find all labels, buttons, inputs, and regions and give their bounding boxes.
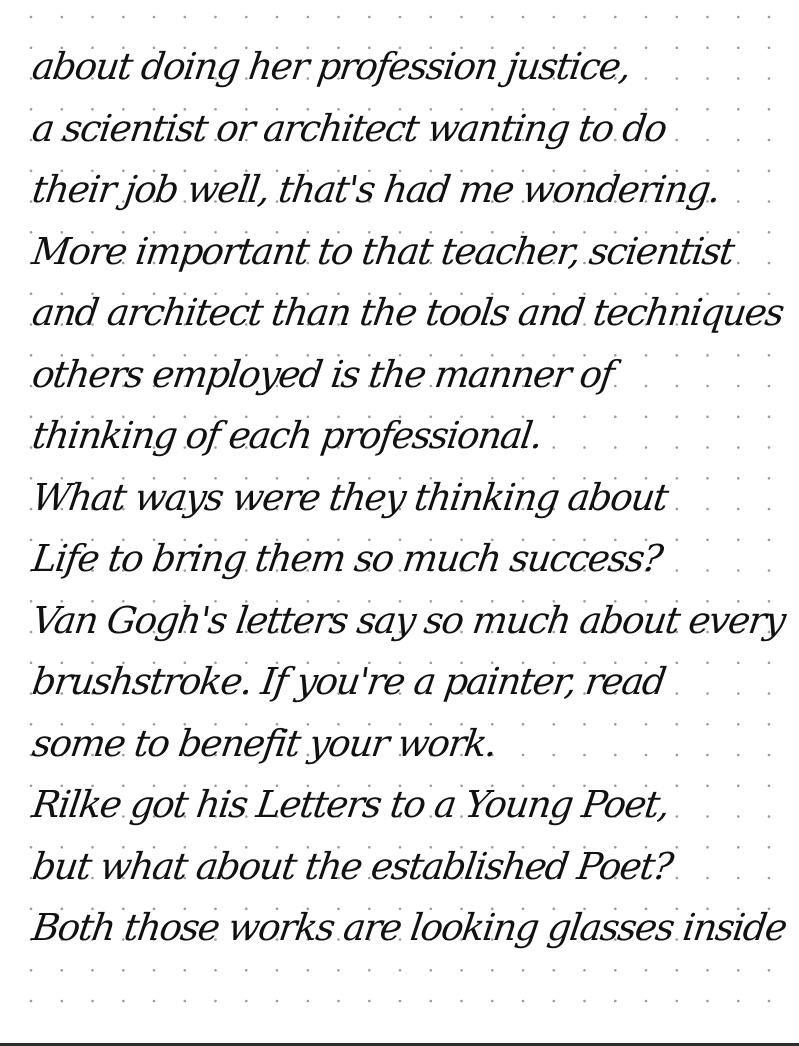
handwritten-text: about doing her profession justice, a sc… xyxy=(0,0,799,1046)
text-line: Life to bring them so much success? xyxy=(30,540,664,577)
note-page: about doing her profession justice, a sc… xyxy=(0,0,799,1046)
text-line: a scientist or architect wanting to do xyxy=(30,110,668,147)
text-line: thinking of each professional. xyxy=(30,417,544,454)
text-line: others employed is the manner of xyxy=(30,356,615,393)
text-line: about doing her profession justice, xyxy=(30,48,632,85)
text-line: brushstroke. If you're a painter, read xyxy=(30,663,667,700)
text-line: More important to that teacher, scientis… xyxy=(30,233,736,270)
text-line: Rilke got his Letters to a Young Poet, xyxy=(30,786,671,823)
text-line: but what about the established Poet? xyxy=(30,848,674,885)
text-line: some to benefit your work. xyxy=(30,725,498,762)
text-line: What ways were they thinking about xyxy=(30,479,670,516)
text-line: their job well, that's had me wondering. xyxy=(30,171,722,208)
text-line: and architect than the tools and techniq… xyxy=(30,294,785,331)
text-line: Both those works are looking glasses ins… xyxy=(30,909,788,946)
text-line: Van Gogh's letters say so much about eve… xyxy=(30,602,787,639)
